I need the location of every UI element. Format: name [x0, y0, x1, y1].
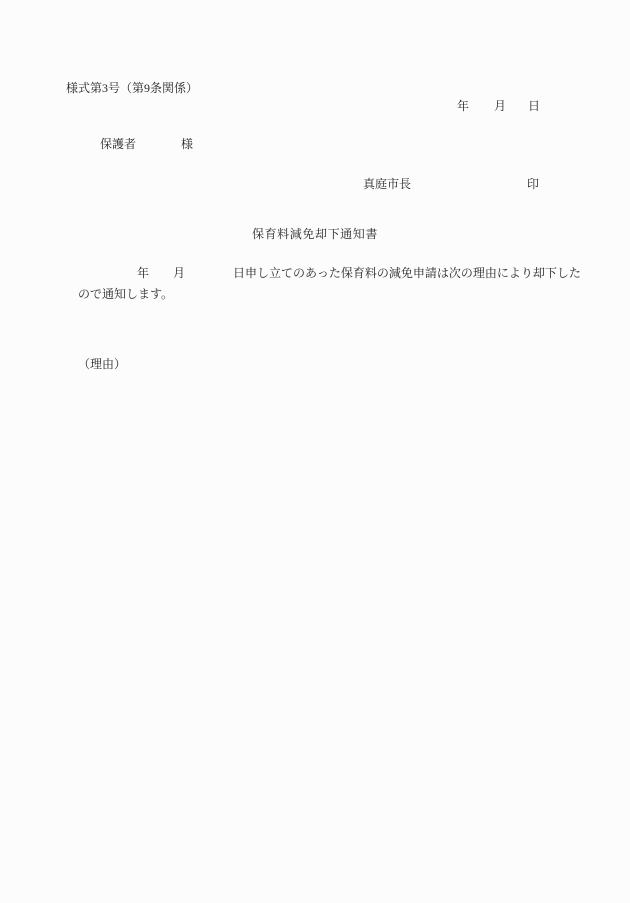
seal-placeholder: 印	[527, 177, 539, 191]
body-month-blank	[185, 276, 233, 277]
addressee-honorific: 様	[181, 137, 193, 151]
body-line-1: 年月日申し立てのあった保育料の減免申請は次の理由により却下した	[137, 266, 581, 281]
body-year-blank	[149, 276, 173, 277]
header-year-blank	[469, 109, 494, 110]
notice-document-page: 様式第3号（第9条関係） 年月日 保護者様 真庭市長印 保育料減免却下通知書 年…	[0, 0, 630, 903]
body-year-label: 年	[137, 266, 149, 280]
addressee-line: 保護者様	[100, 137, 193, 152]
issuer-signature-blank	[411, 187, 527, 188]
body-day-label: 日	[233, 266, 245, 280]
header-date-line: 年月日	[457, 99, 540, 114]
addressee-name-blank	[136, 147, 181, 148]
header-year-label: 年	[457, 99, 469, 113]
body-month-label: 月	[173, 266, 185, 280]
issuer-name: 真庭市長	[363, 177, 411, 191]
reason-label: （理由）	[78, 357, 126, 372]
header-month-label: 月	[494, 99, 506, 113]
header-month-blank	[506, 109, 528, 110]
body-text-line1: 申し立てのあった保育料の減免申請は次の理由により却下した	[245, 266, 581, 280]
header-day-label: 日	[528, 99, 540, 113]
issuer-line: 真庭市長印	[363, 177, 539, 192]
addressee-label: 保護者	[100, 137, 136, 151]
body-line-2: ので通知します。	[78, 287, 173, 302]
form-number: 様式第3号（第9条関係）	[66, 81, 198, 96]
document-title: 保育料減免却下通知書	[0, 227, 630, 242]
